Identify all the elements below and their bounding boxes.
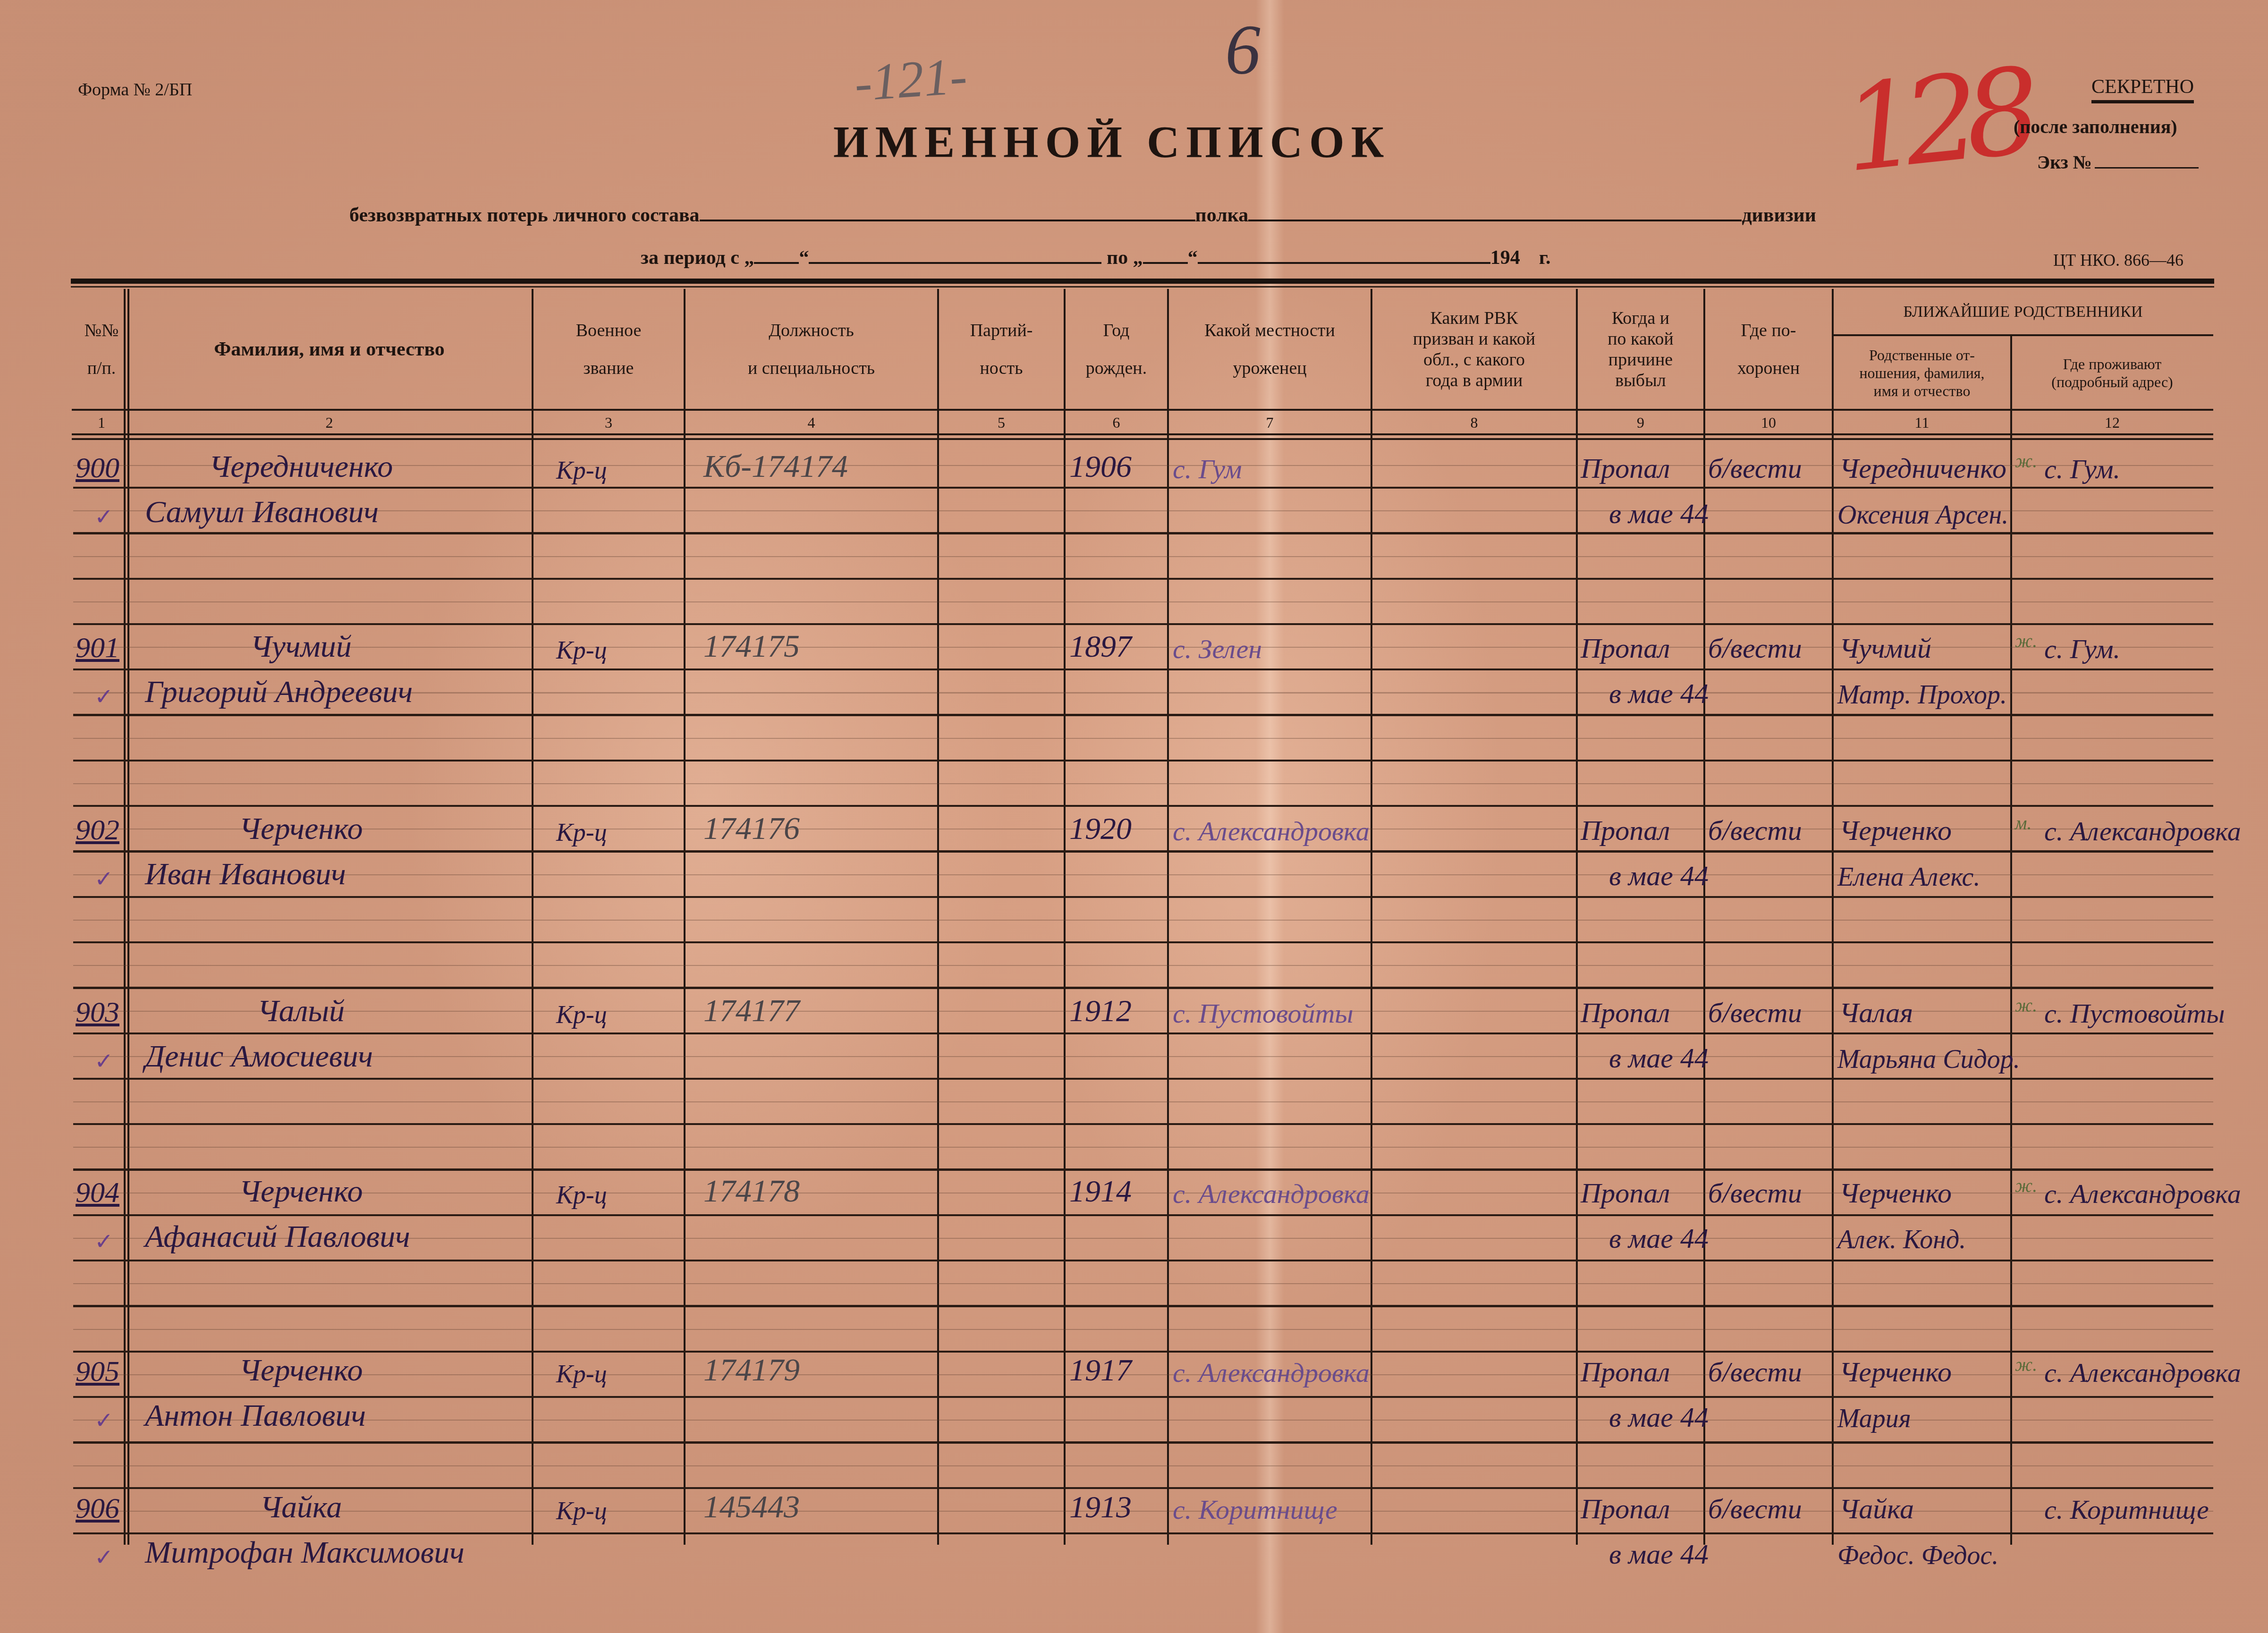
birth-year: 1913 bbox=[1065, 1484, 1168, 1529]
relative-given-names: Оксения Арсен. bbox=[1833, 489, 2011, 534]
party bbox=[938, 623, 1065, 668]
copy-number: Экз № bbox=[2037, 151, 2199, 173]
surname: Черченко bbox=[126, 1347, 533, 1392]
secret-label: СЕКРЕТНО bbox=[2091, 76, 2194, 103]
column-number: 8 bbox=[1371, 412, 1577, 433]
surname: Чучмий bbox=[126, 623, 533, 668]
pencil-sheet-number: 6 bbox=[1225, 9, 1261, 91]
year-prefix: 194 bbox=[1490, 247, 1520, 269]
numbering-rule bbox=[72, 433, 2213, 435]
surname: Черченко bbox=[126, 1168, 533, 1213]
conscription bbox=[1371, 623, 1577, 668]
rank: Кр-ц bbox=[533, 988, 685, 1033]
relative-address: с. Пустовойты bbox=[2011, 988, 2213, 1033]
loss-status-missing: б/вести bbox=[1704, 805, 1833, 851]
party bbox=[938, 443, 1065, 489]
relative-address: с. Гум. bbox=[2011, 623, 2213, 668]
division-label: дивизии bbox=[1742, 204, 1816, 226]
relative-surname: Чередниченко bbox=[1833, 443, 2011, 489]
column-number: 4 bbox=[685, 412, 938, 433]
regiment-blank bbox=[1248, 205, 1742, 221]
loss-date: в мае 44 bbox=[1605, 1213, 1832, 1259]
given-names: Митрофан Максимович bbox=[126, 1529, 533, 1574]
rank: Кр-ц bbox=[533, 1168, 685, 1213]
loss-date: в мае 44 bbox=[1605, 851, 1832, 896]
loss-status: Пропал bbox=[1577, 443, 1704, 489]
column-number: 2 bbox=[126, 412, 533, 433]
column-number: 6 bbox=[1065, 412, 1168, 433]
conscription bbox=[1371, 1484, 1577, 1529]
header-col-number: №№ п/п. bbox=[76, 289, 127, 410]
birth-year: 1912 bbox=[1065, 988, 1168, 1033]
birth-year: 1914 bbox=[1065, 1168, 1168, 1213]
relative-surname: Чалая bbox=[1833, 988, 2011, 1033]
period-to-month-blank bbox=[1198, 248, 1490, 264]
form-number: Форма № 2/БП bbox=[78, 79, 192, 100]
relative-address: с. Александровка bbox=[2011, 805, 2213, 851]
relative-address: с. Гум. bbox=[2011, 443, 2213, 489]
relative-given-names: Марьяна Сидор. bbox=[1833, 1033, 2011, 1078]
relative-given-names: Алек. Конд. bbox=[1833, 1213, 2011, 1259]
printer-mark: ЦТ НКО. 866—46 bbox=[2053, 250, 2183, 270]
column-number: 9 bbox=[1577, 412, 1704, 433]
birthplace: с. Пустовойты bbox=[1168, 988, 1371, 1033]
loss-date: в мае 44 bbox=[1605, 1033, 1832, 1078]
relative-surname: Черченко bbox=[1833, 1168, 2011, 1213]
loss-status: Пропал bbox=[1577, 623, 1704, 668]
loss-status-missing: б/вести bbox=[1704, 443, 1833, 489]
loss-status-missing: б/вести bbox=[1704, 1168, 1833, 1213]
surname: Чередниченко bbox=[126, 443, 533, 489]
relative-given-names: Матр. Прохор. bbox=[1833, 668, 2011, 714]
header-col-loss-reason: Когда и по какой причине выбыл bbox=[1577, 289, 1704, 410]
birthplace: с. Александровка bbox=[1168, 805, 1371, 851]
relative-surname: Черченко bbox=[1833, 1347, 2011, 1392]
header-col-birthplace: Какой местности уроженец bbox=[1168, 289, 1371, 410]
copy-label: Экз № bbox=[2037, 152, 2092, 173]
check-mark-icon: ✓ bbox=[76, 668, 127, 714]
secret-note: (после заполнения) bbox=[2014, 116, 2177, 138]
table-row: 905 ✓ Черченко Антон Павлович Кр-ц 17417… bbox=[0, 1347, 2268, 1438]
quote-close: “ bbox=[1188, 247, 1198, 269]
column-number: 5 bbox=[938, 412, 1065, 433]
quote-open: „ bbox=[744, 247, 754, 269]
position: 174176 bbox=[685, 805, 938, 851]
given-names: Иван Иванович bbox=[126, 851, 533, 896]
loss-line-prefix: безвозвратных потерь личного состава bbox=[349, 204, 700, 226]
entry-number: 904 bbox=[76, 1168, 127, 1213]
check-mark-icon: ✓ bbox=[76, 1392, 127, 1438]
header-col-relative-address: Где проживают (подробный адрес) bbox=[2011, 336, 2213, 410]
relative-address: с. Александровка bbox=[2011, 1168, 2213, 1213]
loss-status: Пропал bbox=[1577, 1347, 1704, 1392]
quote-open: „ bbox=[1133, 247, 1143, 269]
header-group-relatives: БЛИЖАЙШИЕ РОДСТВЕННИКИ bbox=[1833, 289, 2213, 335]
page-title: ИМЕННОЙ СПИСОК bbox=[833, 116, 1390, 168]
red-page-number: 128 bbox=[1837, 43, 2033, 199]
period-prefix: за период с bbox=[641, 247, 739, 269]
table-row: 906 ✓ Чайка Митрофан Максимович Кр-ц 145… bbox=[0, 1484, 2268, 1574]
given-names: Самуил Иванович bbox=[126, 489, 533, 534]
conscription bbox=[1371, 805, 1577, 851]
surname: Чайка bbox=[126, 1484, 533, 1529]
entry-number: 902 bbox=[76, 805, 127, 851]
loss-status-missing: б/вести bbox=[1704, 1347, 1833, 1392]
given-names: Денис Амосиевич bbox=[126, 1033, 533, 1078]
birthplace: с. Зелен bbox=[1168, 623, 1371, 668]
check-mark-icon: ✓ bbox=[76, 1033, 127, 1078]
column-number: 11 bbox=[1833, 412, 2011, 433]
pencil-page-number: -121- bbox=[853, 46, 969, 113]
position: 174175 bbox=[685, 623, 938, 668]
loss-status: Пропал bbox=[1577, 1484, 1704, 1529]
position: 145443 bbox=[685, 1484, 938, 1529]
entry-number: 906 bbox=[76, 1484, 127, 1529]
loss-date: в мае 44 bbox=[1605, 1529, 1832, 1574]
numbering-rule-double bbox=[72, 438, 2213, 440]
loss-date: в мае 44 bbox=[1605, 1392, 1832, 1438]
header-col-position: Должность и специальность bbox=[685, 289, 938, 410]
rank: Кр-ц bbox=[533, 1347, 685, 1392]
loss-status-missing: б/вести bbox=[1704, 623, 1833, 668]
conscription bbox=[1371, 1347, 1577, 1392]
entry-number: 901 bbox=[76, 623, 127, 668]
header-col-rank: Военное звание bbox=[533, 289, 685, 410]
period-from-day-blank bbox=[754, 248, 799, 264]
relative-given-names: Федос. Федос. bbox=[1833, 1529, 2011, 1574]
column-number: 10 bbox=[1704, 412, 1833, 433]
rank: Кр-ц bbox=[533, 1484, 685, 1529]
period-to-day-blank bbox=[1143, 248, 1188, 264]
loss-status: Пропал bbox=[1577, 805, 1704, 851]
unit-blank bbox=[700, 205, 1195, 221]
loss-status: Пропал bbox=[1577, 1168, 1704, 1213]
relative-given-names: Мария bbox=[1833, 1392, 2011, 1438]
given-names: Афанасий Павлович bbox=[126, 1213, 533, 1259]
quote-close: “ bbox=[799, 247, 809, 269]
position: Кб-174174 bbox=[685, 443, 938, 489]
column-number: 7 bbox=[1168, 412, 1371, 433]
party bbox=[938, 1168, 1065, 1213]
conscription bbox=[1371, 988, 1577, 1033]
loss-status: Пропал bbox=[1577, 988, 1704, 1033]
relative-given-names: Елена Алекс. bbox=[1833, 851, 2011, 896]
birth-year: 1897 bbox=[1065, 623, 1168, 668]
loss-line: безвозвратных потерь личного составаполк… bbox=[349, 204, 1816, 227]
given-names: Антон Павлович bbox=[126, 1392, 533, 1438]
rank: Кр-ц bbox=[533, 443, 685, 489]
copy-number-blank bbox=[2095, 153, 2199, 169]
header-col-party: Партий- ность bbox=[938, 289, 1065, 410]
conscription bbox=[1371, 443, 1577, 489]
period-to: по bbox=[1107, 247, 1128, 269]
period-line: за период с „“ по „“194г. bbox=[641, 246, 1551, 269]
given-names: Григорий Андреевич bbox=[126, 668, 533, 714]
check-mark-icon: ✓ bbox=[76, 489, 127, 534]
birthplace: с. Коритнище bbox=[1168, 1484, 1371, 1529]
header-col-conscription: Каким РВК призван и какой обл., с какого… bbox=[1371, 289, 1577, 410]
header-col-birth-year: Год рожден. bbox=[1065, 289, 1168, 410]
table-row: 900 ✓ Чередниченко Самуил Иванович Кр-ц … bbox=[0, 443, 2268, 534]
party bbox=[938, 805, 1065, 851]
table-row: 902 ✓ Черченко Иван Иванович Кр-ц 174176… bbox=[0, 805, 2268, 896]
header-col-full-name: Фамилия, имя и отчество bbox=[126, 289, 533, 410]
surname: Черченко bbox=[126, 805, 533, 851]
entry-number: 900 bbox=[76, 443, 127, 489]
table-row: 901 ✓ Чучмий Григорий Андреевич Кр-ц 174… bbox=[0, 623, 2268, 714]
birthplace: с. Александровка bbox=[1168, 1347, 1371, 1392]
party bbox=[938, 988, 1065, 1033]
column-number: 12 bbox=[2011, 412, 2213, 433]
relative-address: с. Александровка bbox=[2011, 1347, 2213, 1392]
table-top-rule-thin bbox=[71, 286, 2214, 288]
birth-year: 1920 bbox=[1065, 805, 1168, 851]
birthplace: с. Александровка bbox=[1168, 1168, 1371, 1213]
check-mark-icon: ✓ bbox=[76, 851, 127, 896]
rank: Кр-ц bbox=[533, 623, 685, 668]
check-mark-icon: ✓ bbox=[76, 1213, 127, 1259]
party bbox=[938, 1347, 1065, 1392]
relative-surname: Чайка bbox=[1833, 1484, 2011, 1529]
column-number: 1 bbox=[76, 412, 127, 433]
header-col-burial: Где по- хоронен bbox=[1704, 289, 1833, 410]
regiment-label: полка bbox=[1195, 204, 1249, 226]
conscription bbox=[1371, 1168, 1577, 1213]
party bbox=[938, 1484, 1065, 1529]
position: 174177 bbox=[685, 988, 938, 1033]
entry-number: 905 bbox=[76, 1347, 127, 1392]
year-suffix: г. bbox=[1539, 247, 1551, 269]
table-row: 904 ✓ Черченко Афанасий Павлович Кр-ц 17… bbox=[0, 1168, 2268, 1259]
surname: Чалый bbox=[126, 988, 533, 1033]
loss-status-missing: б/вести bbox=[1704, 1484, 1833, 1529]
relative-address: с. Коритнище bbox=[2011, 1484, 2213, 1529]
entry-number: 903 bbox=[76, 988, 127, 1033]
birth-year: 1917 bbox=[1065, 1347, 1168, 1392]
column-number: 3 bbox=[533, 412, 685, 433]
check-mark-icon: ✓ bbox=[76, 1529, 127, 1574]
birthplace: с. Гум bbox=[1168, 443, 1371, 489]
loss-status-missing: б/вести bbox=[1704, 988, 1833, 1033]
rank: Кр-ц bbox=[533, 805, 685, 851]
loss-date: в мае 44 bbox=[1605, 489, 1832, 534]
period-from-month-blank bbox=[809, 248, 1101, 264]
position: 174178 bbox=[685, 1168, 938, 1213]
position: 174179 bbox=[685, 1347, 938, 1392]
table-top-rule bbox=[71, 279, 2214, 284]
table-row: 903 ✓ Чалый Денис Амосиевич Кр-ц 174177 … bbox=[0, 988, 2268, 1078]
relative-surname: Черченко bbox=[1833, 805, 2011, 851]
loss-date: в мае 44 bbox=[1605, 668, 1832, 714]
birth-year: 1906 bbox=[1065, 443, 1168, 489]
relative-surname: Чучмий bbox=[1833, 623, 2011, 668]
header-col-relative-name: Родственные от- ношения, фамилия, имя и … bbox=[1833, 336, 2011, 410]
